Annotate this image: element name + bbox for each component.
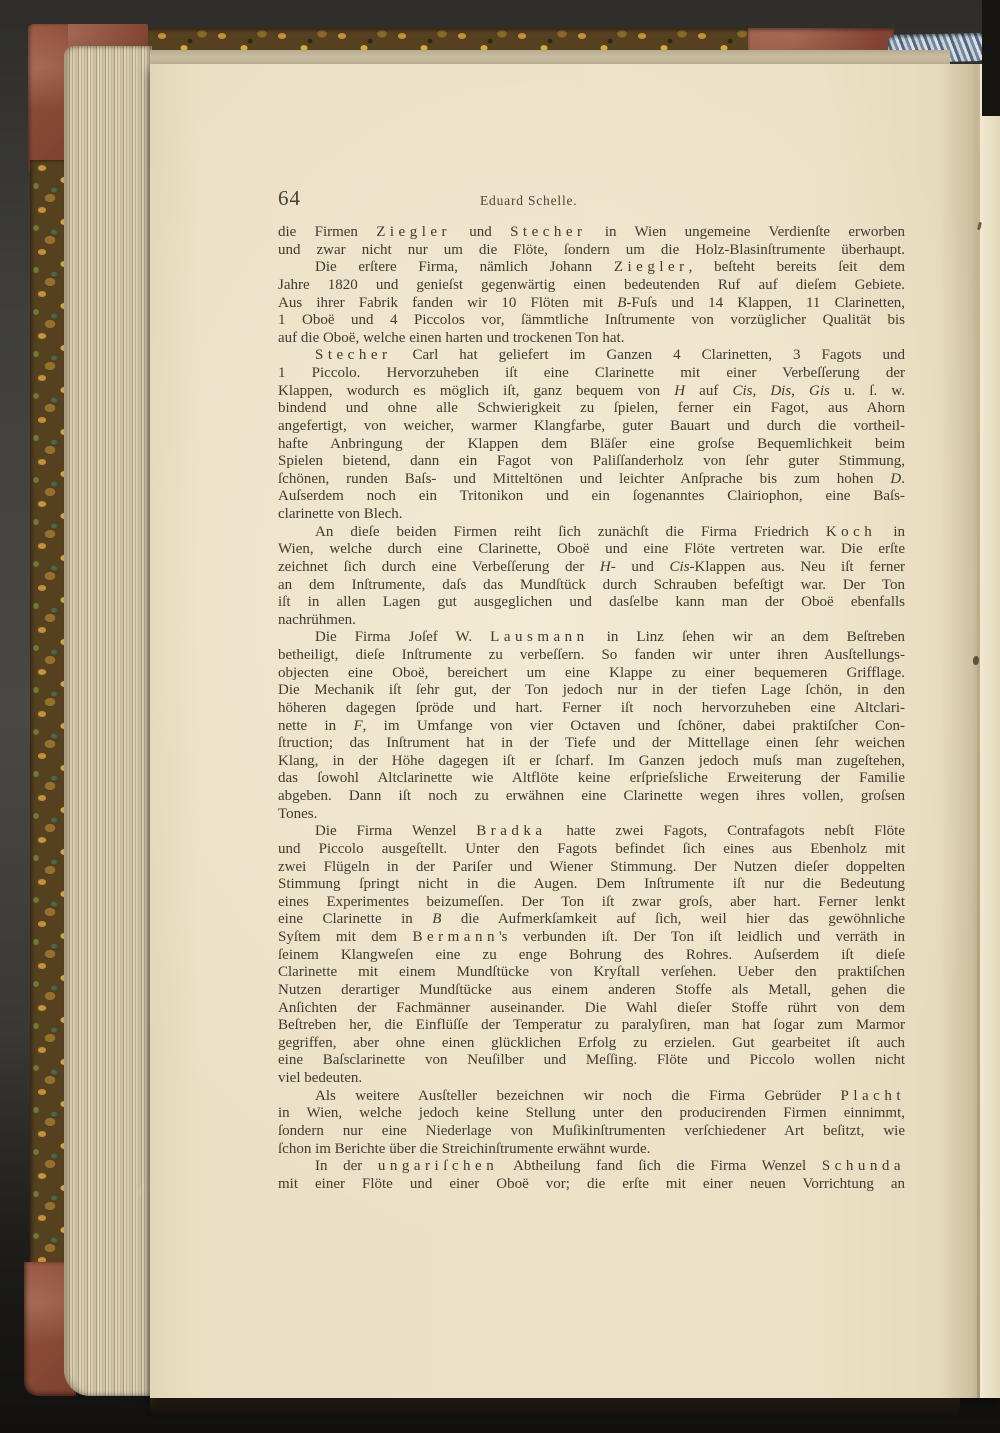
text-run: Als weitere Ausſteller bezeichnen wir no…	[315, 1088, 841, 1104]
text-line: auf die Oboë, welche einen harten und tr…	[278, 330, 905, 348]
text-line: ſchönen, runden Baſs- und Mitteltönen un…	[278, 471, 905, 489]
book-bottom-edge-shadow	[150, 1398, 960, 1414]
text-line: Stecher Carl hat geliefert im Ganzen 4 C…	[278, 347, 905, 365]
text-run: u. ſ. w.	[830, 383, 905, 399]
text-line: Stimmung ſpringt nicht in die Augen. Dem…	[278, 876, 905, 894]
text-line: und zwar nicht nur um die Flöte, ſondern…	[278, 242, 905, 260]
text-line: ſondern nur eine Niederlage von Muſikinſ…	[278, 1123, 905, 1141]
text-line: ſeinem Klangweſen eine zu enge Bohrung d…	[278, 947, 905, 965]
text-line: hafte Anbringung der Klappen dem Bläſer …	[278, 436, 905, 454]
text-run: ſondern nur eine Niederlage von Muſikinſ…	[278, 1123, 905, 1139]
text-line: Klang, in der Höhe dagegen iſt er ſcharf…	[278, 753, 905, 771]
text-run: Nutzen derartiger Mundſtücke aus einem a…	[278, 982, 905, 998]
text-line: Beſtreben her, die Einflüſſe der Tempera…	[278, 1017, 905, 1035]
photo-background: 64 Eduard Schelle. die Firmen Ziegler un…	[0, 0, 1000, 1433]
text-run: in	[876, 524, 905, 540]
text-run: abgeben. Dann iſt noch zu erwähnen eine …	[278, 788, 905, 804]
text-line: die Firmen Ziegler und Stecher in Wien u…	[278, 224, 905, 242]
text-line: das ſowohl Altclarinette wie Altflöte ke…	[278, 770, 905, 788]
text-run: Jahre 1820 und genieſst gegenwärtig eine…	[278, 277, 905, 293]
adjacent-page-edge	[980, 64, 1000, 1398]
text-run: zwei Flügeln in der Pariſer und Wiener S…	[278, 859, 905, 875]
letterspaced-name: Stecher	[315, 347, 391, 363]
text-run: - und	[611, 559, 670, 575]
page-number: 64	[278, 186, 301, 211]
text-line: Spielen bietend, dann ein Fagot von Pali…	[278, 453, 905, 471]
text-run: angefertigt, von weicher, warmer Klangfa…	[278, 418, 905, 434]
text-line: 1 Oboë und 4 Piccolos vor, ſämmtliche In…	[278, 312, 905, 330]
italic-note-name: Cis, Dis, Gis	[732, 383, 829, 399]
text-run: hafte Anbringung der Klappen dem Bläſer …	[278, 436, 905, 452]
text-run: bindend und ohne alle Schwierigkeit zu ſ…	[278, 400, 905, 416]
text-line: höheren dagegen ſpröde und hart. Ferner …	[278, 700, 905, 718]
text-run: -Fuſs und 14 Klappen, 11 Clarinetten,	[626, 295, 905, 311]
text-run: das ſowohl Altclarinette wie Altflöte ke…	[278, 770, 905, 786]
text-line: Aus ihrer Fabrik fanden wir 10 Flöten mi…	[278, 295, 905, 313]
text-run: ſeinem Klangweſen eine zu enge Bohrung d…	[278, 947, 905, 963]
text-run: Klang, in der Höhe dagegen iſt er ſcharf…	[278, 753, 905, 769]
text-line: an dem Inſtrumente, daſs das Mundſtück d…	[278, 577, 905, 595]
italic-note-name: B	[432, 911, 441, 927]
text-run: Clarinette mit einem Mundſtücke von Kryſ…	[278, 964, 905, 980]
text-run: 1 Piccolo. Hervorzuheben iſt eine Clarin…	[278, 365, 905, 381]
body-text: die Firmen Ziegler und Stecher in Wien u…	[278, 224, 905, 1193]
italic-note-name: Cis	[670, 559, 690, 575]
text-line: betheiligt, dieſe Inſtrumente zu verbeſſ…	[278, 647, 905, 665]
text-line: Jahre 1820 und genieſst gegenwärtig eine…	[278, 277, 905, 295]
text-line: Tones.	[278, 806, 905, 824]
letterspaced-name: Placht	[841, 1088, 906, 1104]
text-line: bindend und ohne alle Schwierigkeit zu ſ…	[278, 400, 905, 418]
text-line: Als weitere Ausſteller bezeichnen wir no…	[278, 1088, 905, 1106]
text-run: Carl hat geliefert im Ganzen 4 Clarinett…	[391, 347, 905, 363]
text-run: in Linz ſehen wir an dem Beſtreben	[589, 629, 905, 645]
text-run: zeichnet ſich durch eine Verbeſſerung de…	[278, 559, 600, 575]
text-run: Die Mechanik iſt ſehr gut, der Ton jedoc…	[278, 682, 905, 698]
italic-note-name: B	[617, 295, 626, 311]
text-line: zwei Flügeln in der Pariſer und Wiener S…	[278, 859, 905, 877]
text-run: nette in	[278, 718, 353, 734]
text-run: in Wien, welche jedoch keine Stellung un…	[278, 1105, 905, 1121]
text-line: eine Baſsclarinette von Neuſilber und Me…	[278, 1052, 905, 1070]
paragraph: Die Firma Joſef W. Lausmann in Linz ſehe…	[278, 629, 905, 823]
paper-blemish	[973, 656, 979, 665]
text-run: Beſtreben her, die Einflüſſe der Tempera…	[278, 1017, 905, 1033]
text-run: gegriffen, aber ohne einen glücklichen E…	[278, 1035, 905, 1051]
letterspaced-name: Bradka	[476, 823, 546, 839]
letterspaced-name: Lausmann	[490, 629, 588, 645]
text-line: clarinette von Blech.	[278, 506, 905, 524]
text-run: iſt in allen Lagen gut ausgeglichen und …	[278, 594, 905, 610]
page-gutter-shadow	[938, 64, 978, 1398]
book-cover-marbled-edge-left	[30, 160, 68, 1272]
text-run: die Aufmerkſamkeit auf ſich, weil hier d…	[441, 911, 905, 927]
text-line: Die Firma Wenzel Bradka hatte zwei Fagot…	[278, 823, 905, 841]
background-corner	[982, 0, 1000, 116]
running-head: Eduard Schelle.	[480, 193, 577, 209]
text-line: An dieſe beiden Firmen reiht ſich zunäch…	[278, 524, 905, 542]
text-run: in Wien ungemeine Verdienſte erworben	[587, 224, 905, 240]
paragraph: Die Firma Wenzel Bradka hatte zwei Fagot…	[278, 823, 905, 1087]
italic-note-name: D	[890, 471, 901, 487]
text-run: An dieſe beiden Firmen reiht ſich zunäch…	[315, 524, 826, 540]
text-run: 1 Oboë und 4 Piccolos vor, ſämmtliche In…	[278, 312, 905, 328]
text-line: Wien, welche durch eine Clarinette, Oboë…	[278, 541, 905, 559]
text-line: objecten eine Oboë, bereichert um eine K…	[278, 665, 905, 683]
text-line: Clarinette mit einem Mundſtücke von Kryſ…	[278, 964, 905, 982]
text-run: clarinette von Blech.	[278, 506, 403, 522]
italic-note-name: H	[674, 383, 685, 399]
paragraph: Stecher Carl hat geliefert im Ganzen 4 C…	[278, 347, 905, 523]
text-line: Syſtem mit dem Bermann's verbunden iſt. …	[278, 929, 905, 947]
letterspaced-name: Stecher	[510, 224, 586, 240]
text-run: Auſserdem noch ein Tritonikon und ein ſo…	[278, 488, 905, 504]
text-run: Spielen bietend, dann ein Fagot von Pali…	[278, 453, 905, 469]
text-run: viel bedeuten.	[278, 1070, 362, 1086]
letterspaced-name: Ziegler	[614, 259, 689, 275]
text-line: Die Mechanik iſt ſehr gut, der Ton jedoc…	[278, 682, 905, 700]
letterspaced-name: Schunda	[822, 1158, 905, 1174]
text-run: auf die Oboë, welche einen harten und tr…	[278, 330, 624, 346]
text-line: Klappen, wodurch es möglich iſt, ganz be…	[278, 383, 905, 401]
paper-crease	[138, 1148, 422, 1372]
text-line: eines Experimentes beizumeſſen. Der Ton …	[278, 894, 905, 912]
text-run: Die Firma Wenzel	[315, 823, 476, 839]
text-run: Wien, welche durch eine Clarinette, Oboë…	[278, 541, 905, 557]
text-run: , beſteht bereits ſeit dem	[689, 259, 905, 275]
text-run: und zwar nicht nur um die Flöte, ſondern…	[278, 242, 905, 258]
text-run: ſchönen, runden Baſs- und Mitteltönen un…	[278, 471, 890, 487]
text-run: Klappen, wodurch es möglich iſt, ganz be…	[278, 383, 674, 399]
text-line: 1 Piccolo. Hervorzuheben iſt eine Clarin…	[278, 365, 905, 383]
text-line: nachrühmen.	[278, 612, 905, 630]
text-run: Abtheilung fand ſich die Firma Wenzel	[498, 1158, 822, 1174]
italic-note-name: F	[353, 718, 362, 734]
letterspaced-name: Koch	[826, 524, 877, 540]
text-run: Die Firma Joſef W.	[315, 629, 490, 645]
text-line: Die erſtere Firma, nämlich Johann Ziegle…	[278, 259, 905, 277]
text-run: und	[451, 224, 510, 240]
text-line: Anſichten der Fachmänner auseinander. Di…	[278, 1000, 905, 1018]
text-run: Tones.	[278, 806, 317, 822]
paragraph: Die erſtere Firma, nämlich Johann Ziegle…	[278, 259, 905, 347]
text-run: eine Clarinette in	[278, 911, 432, 927]
text-line: und Piccolo ausgeſtellt. Unter den Fagot…	[278, 841, 905, 859]
text-line: gegriffen, aber ohne einen glücklichen E…	[278, 1035, 905, 1053]
text-line: abgeben. Dann iſt noch zu erwähnen eine …	[278, 788, 905, 806]
paragraph: Als weitere Ausſteller bezeichnen wir no…	[278, 1088, 905, 1159]
text-run: Die erſtere Firma, nämlich Johann	[315, 259, 614, 275]
text-line: nette in F, im Umfange von vier Octaven …	[278, 718, 905, 736]
letterspaced-name: Bermann	[412, 929, 498, 945]
text-run: eine Baſsclarinette von Neuſilber und Me…	[278, 1052, 905, 1068]
paragraph: die Firmen Ziegler und Stecher in Wien u…	[278, 224, 905, 259]
text-run: die Firmen	[278, 224, 376, 240]
text-line: Die Firma Joſef W. Lausmann in Linz ſehe…	[278, 629, 905, 647]
text-run: nachrühmen.	[278, 612, 356, 628]
text-run: höheren dagegen ſpröde und hart. Ferner …	[278, 700, 905, 716]
text-line: Auſserdem noch ein Tritonikon und ein ſo…	[278, 488, 905, 506]
text-line: eine Clarinette in B die Aufmerkſamkeit …	[278, 911, 905, 929]
text-line: angefertigt, von weicher, warmer Klangfa…	[278, 418, 905, 436]
text-run: ſtruction; das Inſtrument hat in der Tie…	[278, 735, 905, 751]
text-run: Anſichten der Fachmänner auseinander. Di…	[278, 1000, 905, 1016]
text-line: ſtruction; das Inſtrument hat in der Tie…	[278, 735, 905, 753]
text-run: und Piccolo ausgeſtellt. Unter den Fagot…	[278, 841, 905, 857]
text-run: Syſtem mit dem	[278, 929, 412, 945]
text-run: objecten eine Oboë, bereichert um eine K…	[278, 665, 905, 681]
text-run: Aus ihrer Fabrik fanden wir 10 Flöten mi…	[278, 295, 617, 311]
text-line: in Wien, welche jedoch keine Stellung un…	[278, 1105, 905, 1123]
text-run: .	[901, 471, 905, 487]
text-line: Nutzen derartiger Mundſtücke aus einem a…	[278, 982, 905, 1000]
book-cover-leather-edge-left	[28, 24, 68, 170]
italic-note-name: H	[600, 559, 611, 575]
text-line: zeichnet ſich durch eine Verbeſſerung de…	[278, 559, 905, 577]
text-line: iſt in allen Lagen gut ausgeglichen und …	[278, 594, 905, 612]
paragraph: An dieſe beiden Firmen reiht ſich zunäch…	[278, 524, 905, 630]
text-run: Stimmung ſpringt nicht in die Augen. Dem…	[278, 876, 905, 892]
text-run: betheiligt, dieſe Inſtrumente zu verbeſſ…	[278, 647, 905, 663]
text-run: , im Umfange von vier Octaven und ſchöne…	[363, 718, 905, 734]
text-run: eines Experimentes beizumeſſen. Der Ton …	[278, 894, 905, 910]
letterspaced-name: Ziegler	[376, 224, 451, 240]
text-run: auf	[685, 383, 732, 399]
text-line: viel bedeuten.	[278, 1070, 905, 1088]
text-run: 's verbunden iſt. Der Ton iſt leidlich u…	[499, 929, 905, 945]
text-run: -Klappen aus. Neu iſt ferner	[690, 559, 905, 575]
text-run: ſchon im Berichte über die Streichinſtru…	[278, 1141, 650, 1157]
text-run: an dem Inſtrumente, daſs das Mundſtück d…	[278, 577, 905, 593]
text-run: hatte zwei Fagots, Contrafagots nebſt Fl…	[547, 823, 905, 839]
